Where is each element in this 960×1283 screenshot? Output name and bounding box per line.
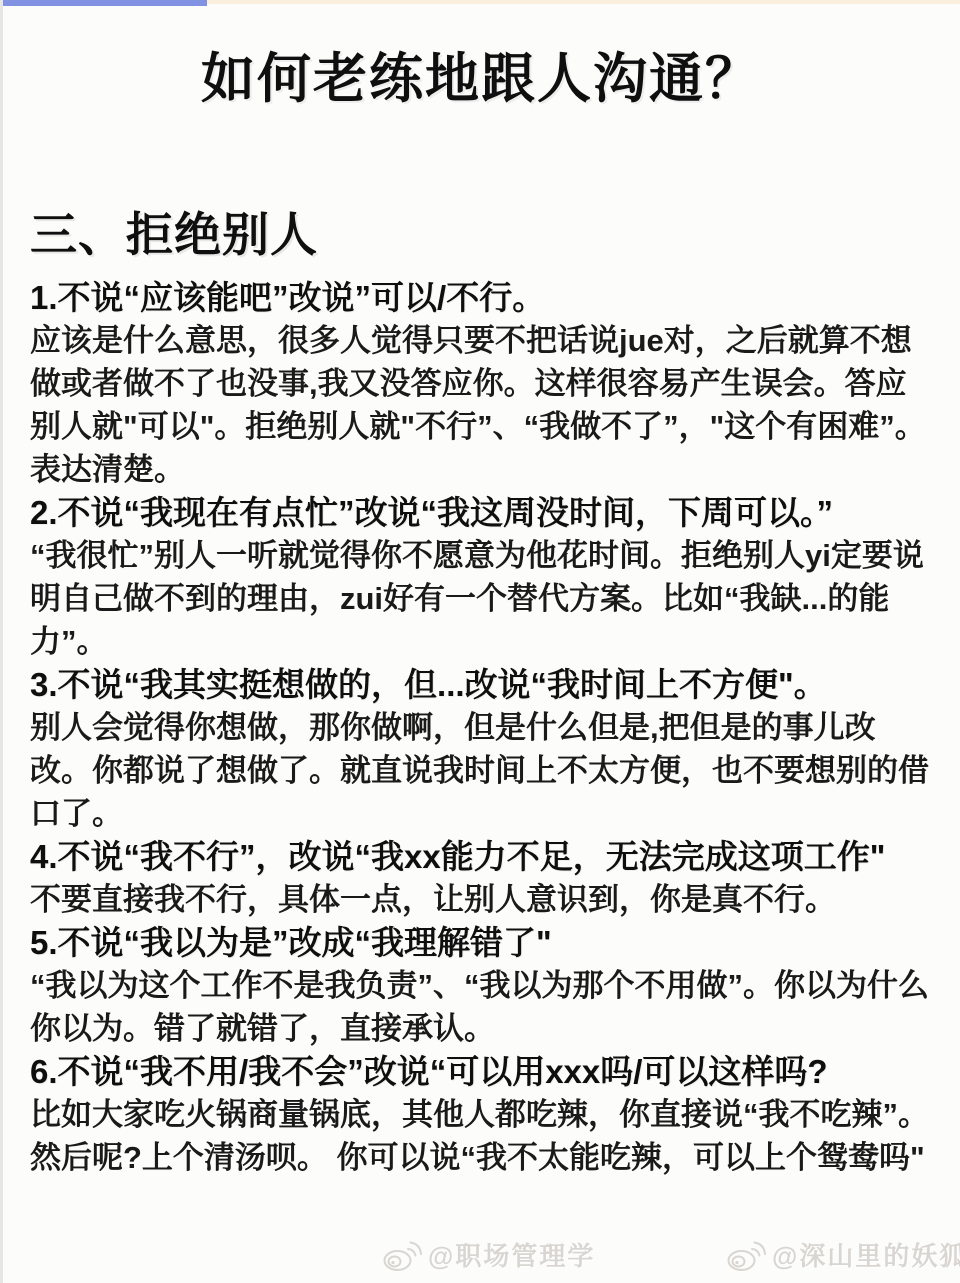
item-heading: 2.不说“我现在有点忙”改说“我这周没时间，下周可以。” <box>30 491 932 534</box>
tips-list: 1.不说“应该能吧”改说”可以/不行。 应该是什么意思，很多人觉得只要不把话说j… <box>30 276 932 1179</box>
item-body: 不要直接我不行，具体一点，让别人意识到，你是真不行。 <box>30 878 932 921</box>
weibo-icon <box>382 1238 422 1272</box>
page-left-edge <box>0 0 3 1283</box>
item-heading: 3.不说“我其实挺想做的，但...改说“我时间上不方便"。 <box>30 663 932 706</box>
item-heading: 1.不说“应该能吧”改说”可以/不行。 <box>30 276 932 319</box>
poster-content: 如何老练地跟人沟通？ 三、拒绝别人 1.不说“应该能吧”改说”可以/不行。 应该… <box>30 0 932 1179</box>
watermark-right: @深山里的妖狐 <box>726 1236 960 1273</box>
section-heading: 三、拒绝别人 <box>30 208 932 262</box>
weibo-icon <box>726 1238 766 1272</box>
list-item: 2.不说“我现在有点忙”改说“我这周没时间，下周可以。” “我很忙”别人一听就觉… <box>30 491 932 663</box>
item-body: “我以为这个工作不是我负责”、“我以为那个不用做”。你以为什么你以为。错了就错了… <box>30 964 932 1050</box>
item-body: 别人会觉得你想做，那你做啊，但是什么但是,把但是的事儿改改。你都说了想做了。就直… <box>30 706 932 835</box>
item-heading: 6.不说“我不用/我不会”改说“可以用xxx吗/可以这样吗? <box>30 1050 932 1093</box>
list-item: 3.不说“我其实挺想做的，但...改说“我时间上不方便"。 别人会觉得你想做，那… <box>30 663 932 835</box>
list-item: 4.不说“我不行”，改说“我xx能力不足，无法完成这项工作" 不要直接我不行，具… <box>30 835 932 921</box>
watermark-left: @职场管理学 <box>382 1236 595 1273</box>
item-body: 应该是什么意思，很多人觉得只要不把话说jue对，之后就算不想做或者做不了也没事,… <box>30 319 932 491</box>
item-body: “我很忙”别人一听就觉得你不愿意为他花时间。拒绝别人yi定要说明自己做不到的理由… <box>30 534 932 663</box>
watermark-label: @职场管理学 <box>428 1236 595 1273</box>
item-heading: 4.不说“我不行”，改说“我xx能力不足，无法完成这项工作" <box>30 835 932 878</box>
item-body: 比如大家吃火锅商量锅底，其他人都吃辣，你直接说“我不吃辣”。然后呢?上个清汤呗。… <box>30 1093 932 1179</box>
watermark-label: @深山里的妖狐 <box>772 1236 960 1273</box>
page-title: 如何老练地跟人沟通？ <box>30 46 932 113</box>
list-item: 6.不说“我不用/我不会”改说“可以用xxx吗/可以这样吗? 比如大家吃火锅商量… <box>30 1050 932 1179</box>
item-heading: 5.不说“我以为是”改成“我理解错了" <box>30 921 932 964</box>
list-item: 1.不说“应该能吧”改说”可以/不行。 应该是什么意思，很多人觉得只要不把话说j… <box>30 276 932 491</box>
list-item: 5.不说“我以为是”改成“我理解错了" “我以为这个工作不是我负责”、“我以为那… <box>30 921 932 1050</box>
